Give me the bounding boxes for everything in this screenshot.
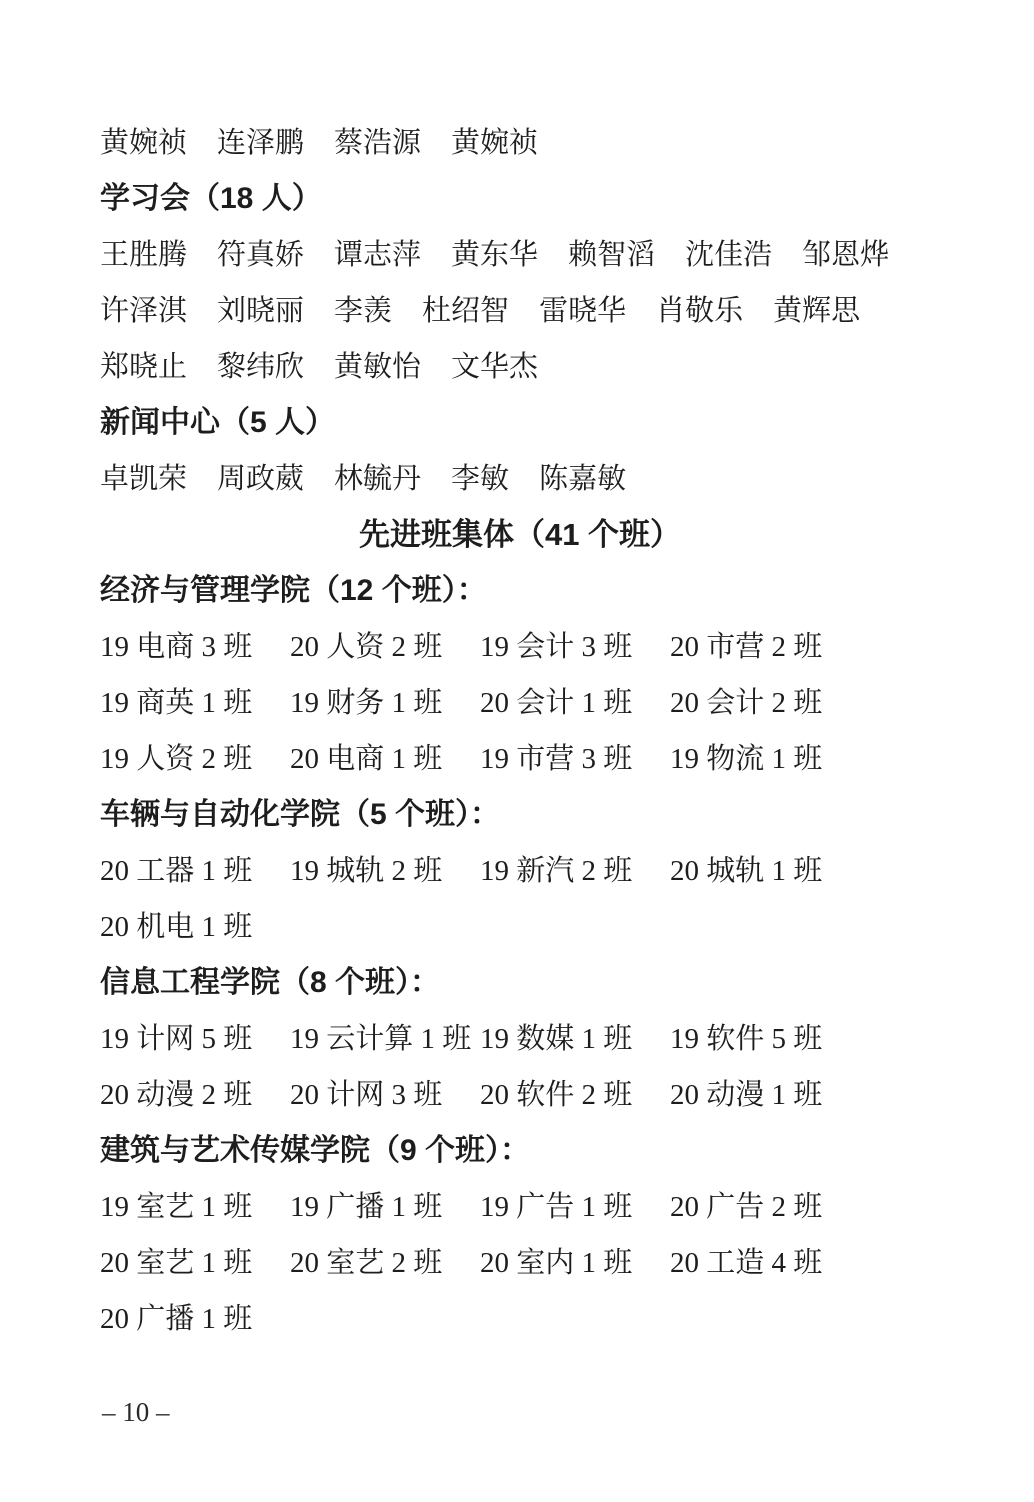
class-name: 19 商英 1 班 — [100, 675, 290, 731]
person-name: 李敏 — [451, 451, 509, 507]
person-name: 王胜腾 — [100, 227, 187, 283]
class-name: 19 云计算 1 班 — [290, 1011, 480, 1067]
class-name: 20 广告 2 班 — [670, 1179, 822, 1235]
class-row: 20 动漫 2 班 20 计网 3 班 20 软件 2 班 20 动漫 1 班 — [100, 1067, 940, 1123]
class-name: 19 室艺 1 班 — [100, 1179, 290, 1235]
person-name: 谭志萍 — [334, 227, 421, 283]
class-name: 19 城轨 2 班 — [290, 843, 480, 899]
class-name: 20 市营 2 班 — [670, 619, 822, 675]
names-row: 黄婉祯 连泽鹏 蔡浩源 黄婉祯 — [100, 115, 940, 171]
class-name: 20 机电 1 班 — [100, 899, 252, 955]
person-name: 肖敬乐 — [656, 283, 743, 339]
person-name: 杜绍智 — [422, 283, 509, 339]
class-name: 20 室艺 1 班 — [100, 1235, 290, 1291]
group-heading: 学习会（18 人） — [100, 171, 940, 227]
person-name: 黄敏怡 — [334, 339, 421, 395]
class-name: 20 会计 2 班 — [670, 675, 822, 731]
person-name: 刘晓丽 — [217, 283, 304, 339]
person-name: 蔡浩源 — [334, 115, 421, 171]
class-name: 20 室艺 2 班 — [290, 1235, 480, 1291]
class-row: 20 机电 1 班 — [100, 899, 940, 955]
class-row: 20 广播 1 班 — [100, 1291, 940, 1347]
college-heading: 车辆与自动化学院（5 个班）： — [100, 787, 940, 843]
class-name: 19 人资 2 班 — [100, 731, 290, 787]
class-row: 19 人资 2 班 20 电商 1 班 19 市营 3 班 19 物流 1 班 — [100, 731, 940, 787]
person-name: 黄婉祯 — [100, 115, 187, 171]
class-name: 19 广播 1 班 — [290, 1179, 480, 1235]
class-name: 20 广播 1 班 — [100, 1291, 252, 1347]
class-name: 20 城轨 1 班 — [670, 843, 822, 899]
person-name: 黄辉思 — [773, 283, 860, 339]
person-name: 卓凯荣 — [100, 451, 187, 507]
person-name: 郑晓止 — [100, 339, 187, 395]
class-row: 19 计网 5 班 19 云计算 1 班 19 数媒 1 班 19 软件 5 班 — [100, 1011, 940, 1067]
person-name: 邹恩烨 — [802, 227, 889, 283]
class-row: 19 商英 1 班 19 财务 1 班 20 会计 1 班 20 会计 2 班 — [100, 675, 940, 731]
person-name: 黄东华 — [451, 227, 538, 283]
class-name: 19 新汽 2 班 — [480, 843, 670, 899]
class-name: 20 工造 4 班 — [670, 1235, 822, 1291]
person-name: 文华杰 — [451, 339, 538, 395]
award-title: 先进班集体（41 个班） — [100, 507, 940, 563]
person-name: 黎纬欣 — [217, 339, 304, 395]
person-name: 许泽淇 — [100, 283, 187, 339]
person-name: 雷晓华 — [539, 283, 626, 339]
person-name: 周政葳 — [217, 451, 304, 507]
person-name: 赖智滔 — [568, 227, 655, 283]
class-name: 20 人资 2 班 — [290, 619, 480, 675]
person-name: 连泽鹏 — [217, 115, 304, 171]
class-name: 20 动漫 2 班 — [100, 1067, 290, 1123]
names-row: 郑晓止 黎纬欣 黄敏怡 文华杰 — [100, 339, 940, 395]
names-row: 卓凯荣 周政葳 林毓丹 李敏 陈嘉敏 — [100, 451, 940, 507]
class-name: 20 电商 1 班 — [290, 731, 480, 787]
class-name: 20 软件 2 班 — [480, 1067, 670, 1123]
class-row: 20 工器 1 班 19 城轨 2 班 19 新汽 2 班 20 城轨 1 班 — [100, 843, 940, 899]
person-name: 林毓丹 — [334, 451, 421, 507]
class-name: 19 财务 1 班 — [290, 675, 480, 731]
class-name: 19 广告 1 班 — [480, 1179, 670, 1235]
document-page: 黄婉祯 连泽鹏 蔡浩源 黄婉祯 学习会（18 人） 王胜腾 符真娇 谭志萍 黄东… — [0, 0, 1034, 1502]
group-heading: 新闻中心（5 人） — [100, 395, 940, 451]
class-row: 19 室艺 1 班 19 广播 1 班 19 广告 1 班 20 广告 2 班 — [100, 1179, 940, 1235]
person-name: 陈嘉敏 — [539, 451, 626, 507]
college-heading: 信息工程学院（8 个班）： — [100, 955, 940, 1011]
page-number: – 10 – — [102, 1392, 170, 1432]
class-name: 20 室内 1 班 — [480, 1235, 670, 1291]
names-row: 许泽淇 刘晓丽 李羡 杜绍智 雷晓华 肖敬乐 黄辉思 — [100, 283, 940, 339]
class-name: 19 物流 1 班 — [670, 731, 822, 787]
class-name: 20 动漫 1 班 — [670, 1067, 822, 1123]
person-name: 李羡 — [334, 283, 392, 339]
class-row: 20 室艺 1 班 20 室艺 2 班 20 室内 1 班 20 工造 4 班 — [100, 1235, 940, 1291]
class-name: 19 会计 3 班 — [480, 619, 670, 675]
person-name: 沈佳浩 — [685, 227, 772, 283]
class-name: 19 数媒 1 班 — [480, 1011, 670, 1067]
person-name: 符真娇 — [217, 227, 304, 283]
class-row: 19 电商 3 班 20 人资 2 班 19 会计 3 班 20 市营 2 班 — [100, 619, 940, 675]
college-heading: 建筑与艺术传媒学院（9 个班）： — [100, 1123, 940, 1179]
class-name: 19 软件 5 班 — [670, 1011, 822, 1067]
class-name: 19 计网 5 班 — [100, 1011, 290, 1067]
document-content: 黄婉祯 连泽鹏 蔡浩源 黄婉祯 学习会（18 人） 王胜腾 符真娇 谭志萍 黄东… — [100, 115, 940, 1347]
person-name: 黄婉祯 — [451, 115, 538, 171]
class-name: 20 会计 1 班 — [480, 675, 670, 731]
college-heading: 经济与管理学院（12 个班）： — [100, 563, 940, 619]
class-name: 19 电商 3 班 — [100, 619, 290, 675]
names-row: 王胜腾 符真娇 谭志萍 黄东华 赖智滔 沈佳浩 邹恩烨 — [100, 227, 940, 283]
class-name: 19 市营 3 班 — [480, 731, 670, 787]
class-name: 20 工器 1 班 — [100, 843, 290, 899]
class-name: 20 计网 3 班 — [290, 1067, 480, 1123]
